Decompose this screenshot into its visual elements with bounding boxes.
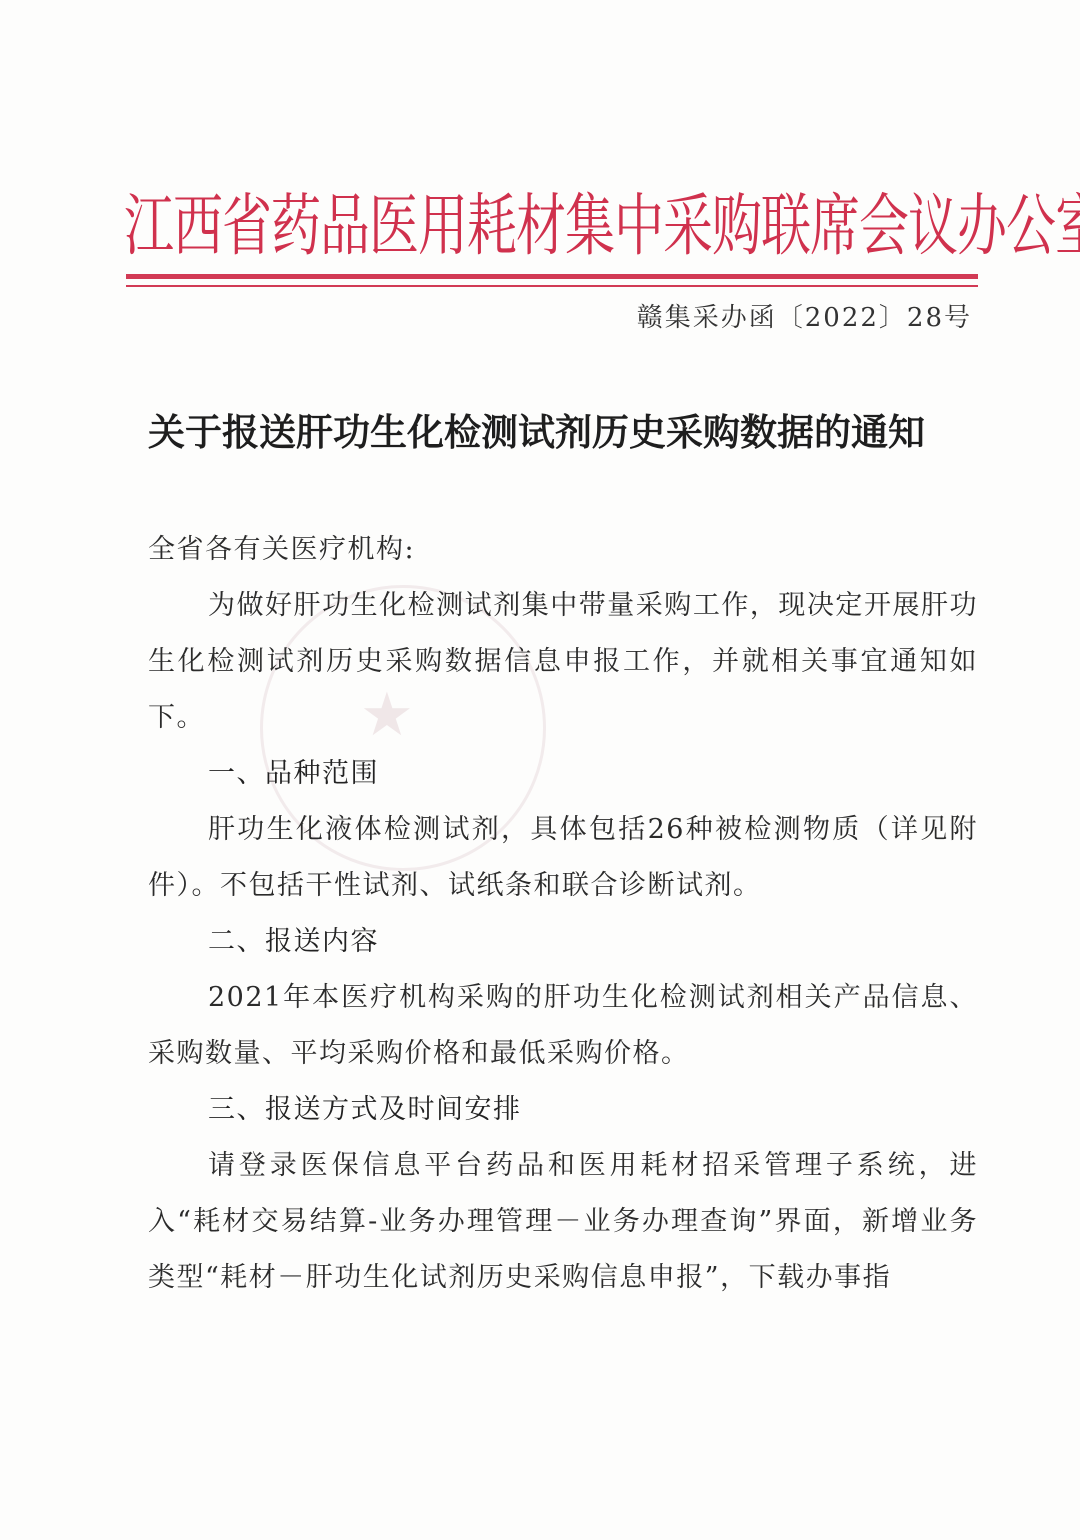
document-body: 全省各有关医疗机构: 为做好肝功生化检测试剂集中带量采购工作，现决定开展肝功生化… — [148, 522, 978, 1306]
section-text-method-schedule: 请登录医保信息平台药品和医用耗材招采管理子系统，进入“耗材交易结算-业务办理管理… — [148, 1138, 978, 1306]
document-page: ★ 江西省药品医用耗材集中采购联席会议办公室 赣集采办函〔2022〕28号 关于… — [0, 0, 1080, 1540]
intro-paragraph: 为做好肝功生化检测试剂集中带量采购工作，现决定开展肝功生化检测试剂历史采购数据信… — [148, 578, 978, 746]
document-title: 关于报送肝功生化检测试剂历史采购数据的通知 — [148, 402, 978, 462]
header-red-rule-thick — [126, 274, 978, 279]
header-red-rule-thin — [126, 285, 978, 287]
salutation: 全省各有关医疗机构: — [148, 522, 978, 578]
section-text-scope: 肝功生化液体检测试剂，具体包括26种被检测物质（详见附件）。不包括干性试剂、试纸… — [148, 802, 978, 914]
document-number: 赣集采办函〔2022〕28号 — [637, 298, 972, 338]
section-heading-method-schedule: 三、报送方式及时间安排 — [148, 1082, 978, 1138]
section-heading-scope: 一、品种范围 — [148, 746, 978, 802]
issuing-organization-header: 江西省药品医用耗材集中采购联席会议办公室 — [124, 168, 982, 284]
section-heading-content: 二、报送内容 — [148, 914, 978, 970]
section-text-content: 2021年本医疗机构采购的肝功生化检测试剂相关产品信息、采购数量、平均采购价格和… — [148, 970, 978, 1082]
